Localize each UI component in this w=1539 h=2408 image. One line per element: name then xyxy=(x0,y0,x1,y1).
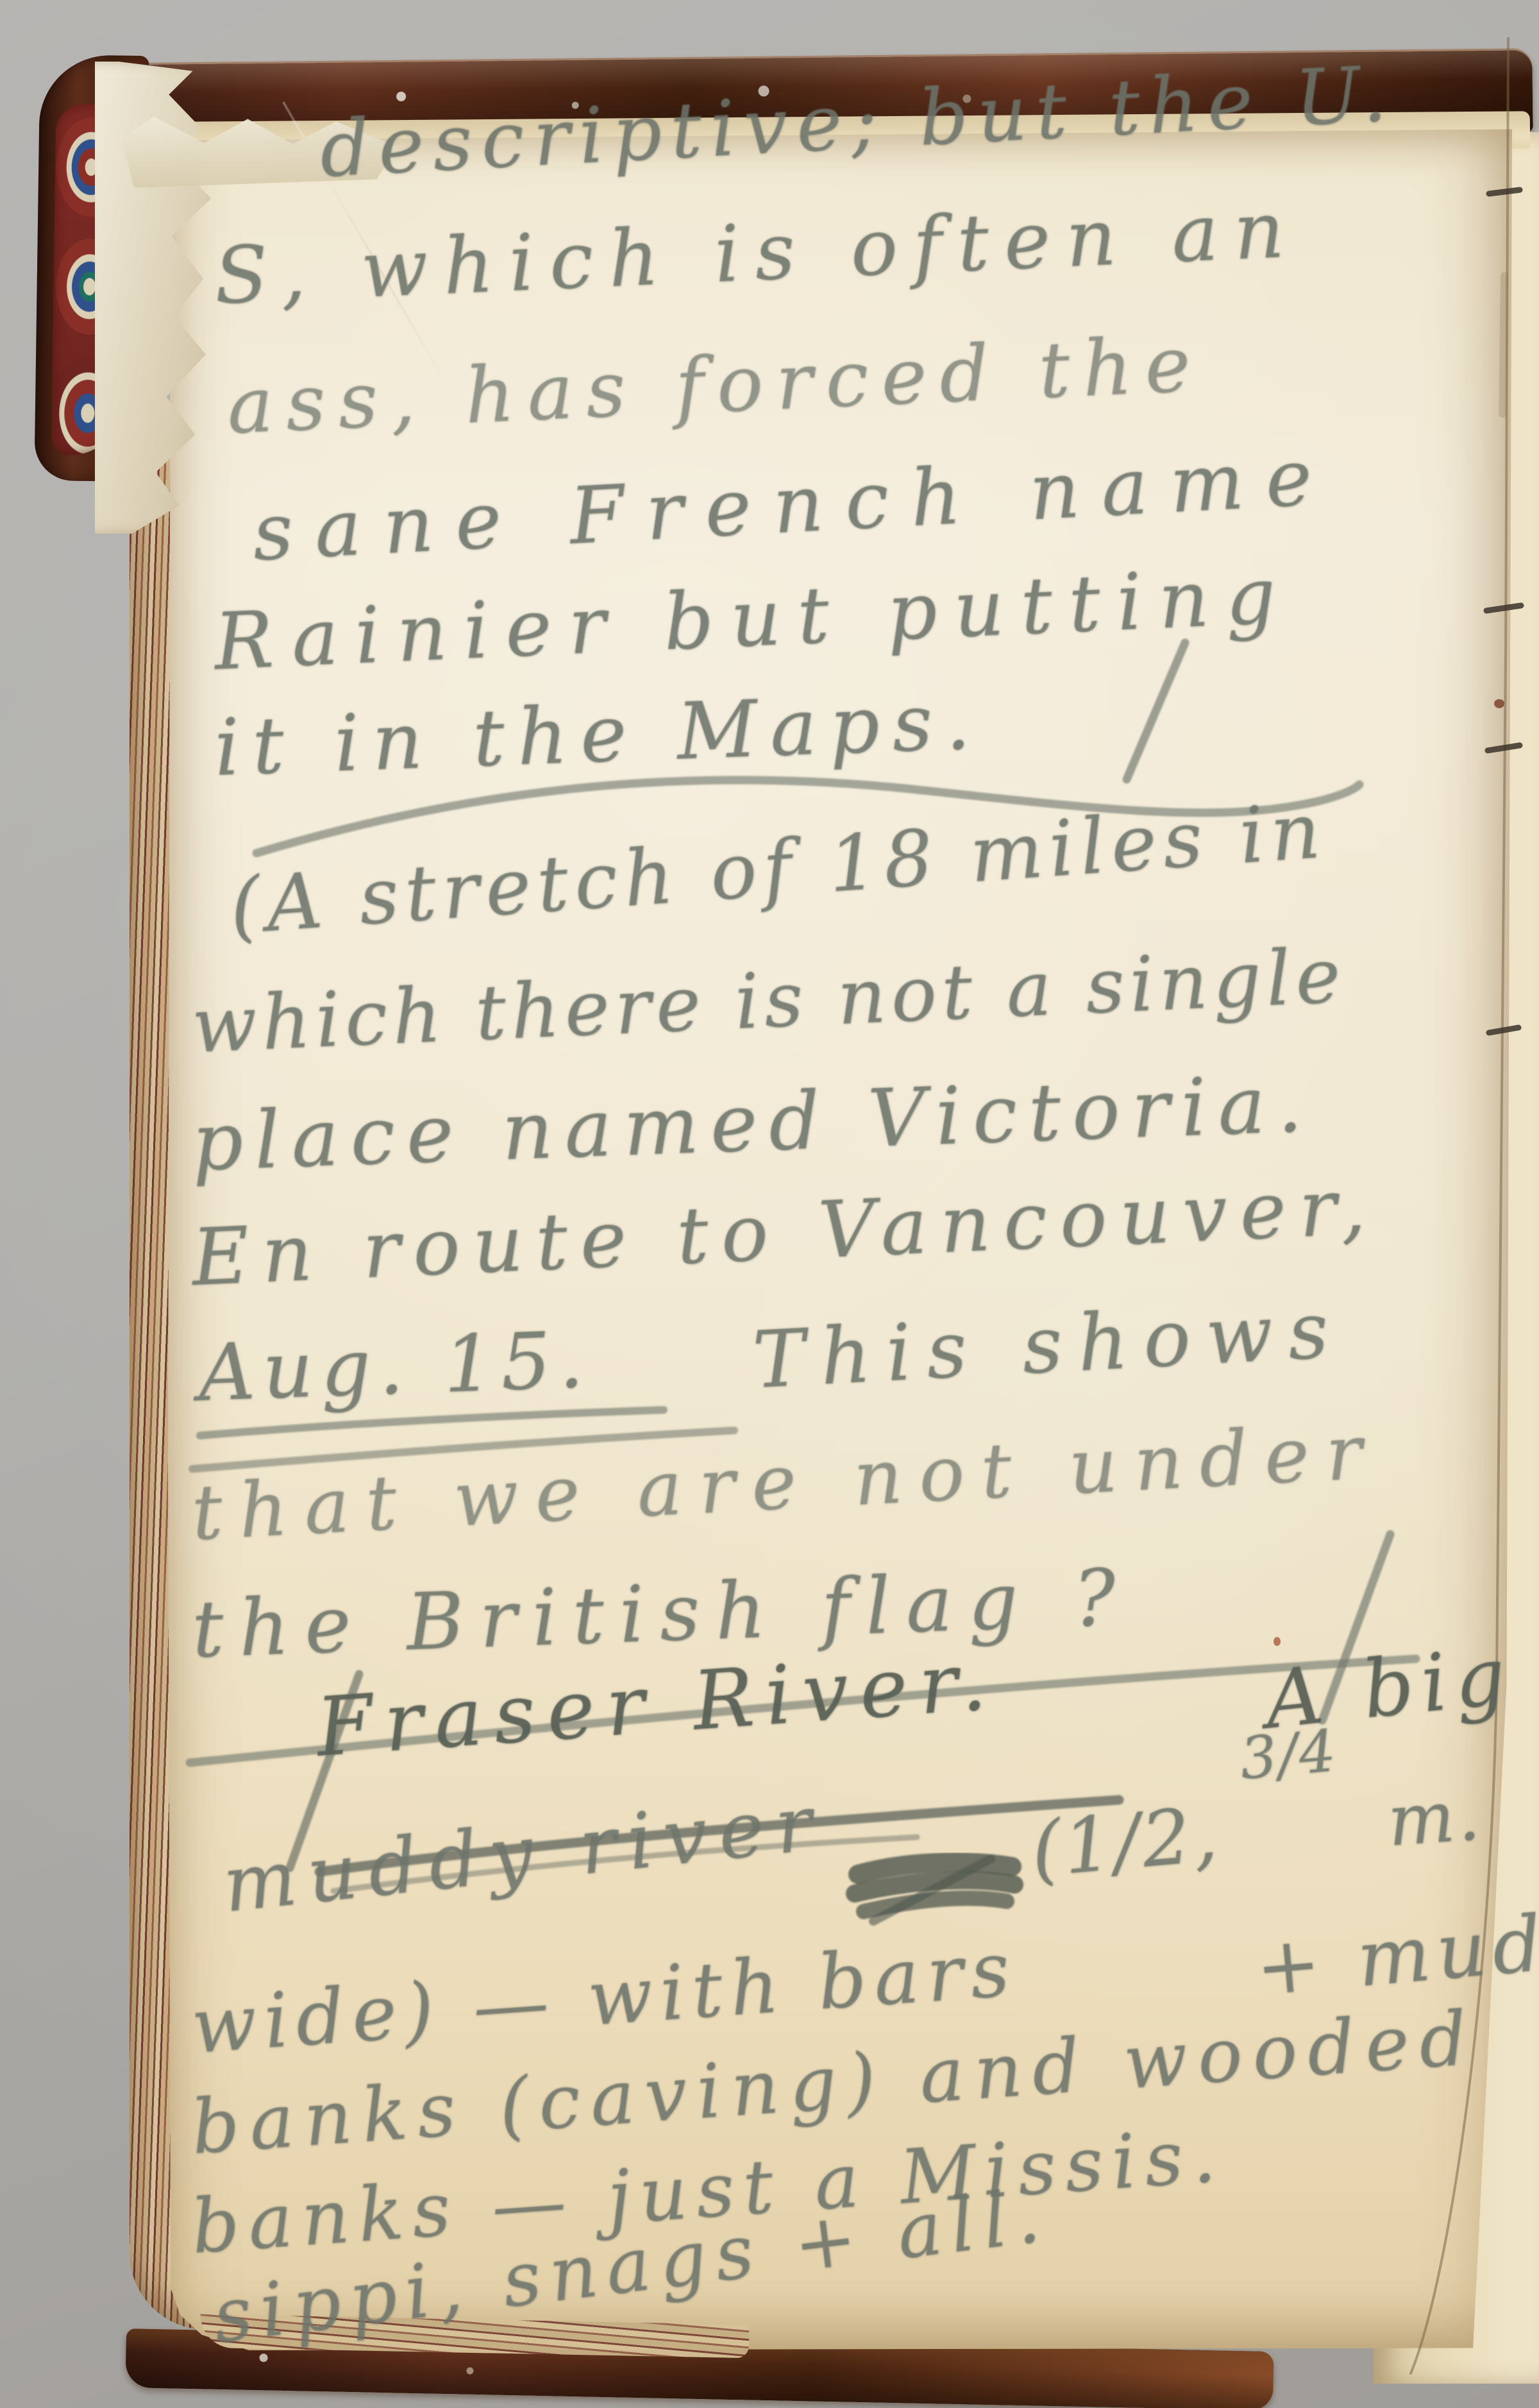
handwritten-line-17: muddy river xyxy=(219,1778,828,1930)
handwritten-line-20: m. xyxy=(1385,1774,1485,1862)
handwritten-line-1: descriptive; but the U. xyxy=(318,49,1398,195)
handwritten-line-12: This shows xyxy=(751,1284,1346,1406)
handwritten-line-7: (A stretch of 18 miles in xyxy=(227,786,1329,952)
handwritten-line-9: place named Victoria. xyxy=(190,1058,1315,1189)
handwritten-line-11: Aug. 15. xyxy=(197,1314,593,1419)
handwriting-layer: descriptive; but the U.S, which is often… xyxy=(0,0,1539,2408)
handwritten-line-8: which there is not a single xyxy=(190,931,1347,1070)
handwritten-line-2: S, which is often an xyxy=(212,183,1301,322)
handwritten-line-18: (1/2, xyxy=(1028,1790,1223,1894)
handwritten-line-3: ass, has forced the xyxy=(225,320,1205,452)
handwritten-line-6: it in the Maps. xyxy=(213,675,984,793)
handwritten-line-13: that we are not under xyxy=(190,1407,1381,1557)
photo-of-notebook: descriptive; but the U.S, which is often… xyxy=(0,0,1539,2408)
handwritten-line-22: + mud xyxy=(1252,1899,1539,2014)
handwritten-line-19: 3/4 xyxy=(1238,1717,1340,1793)
